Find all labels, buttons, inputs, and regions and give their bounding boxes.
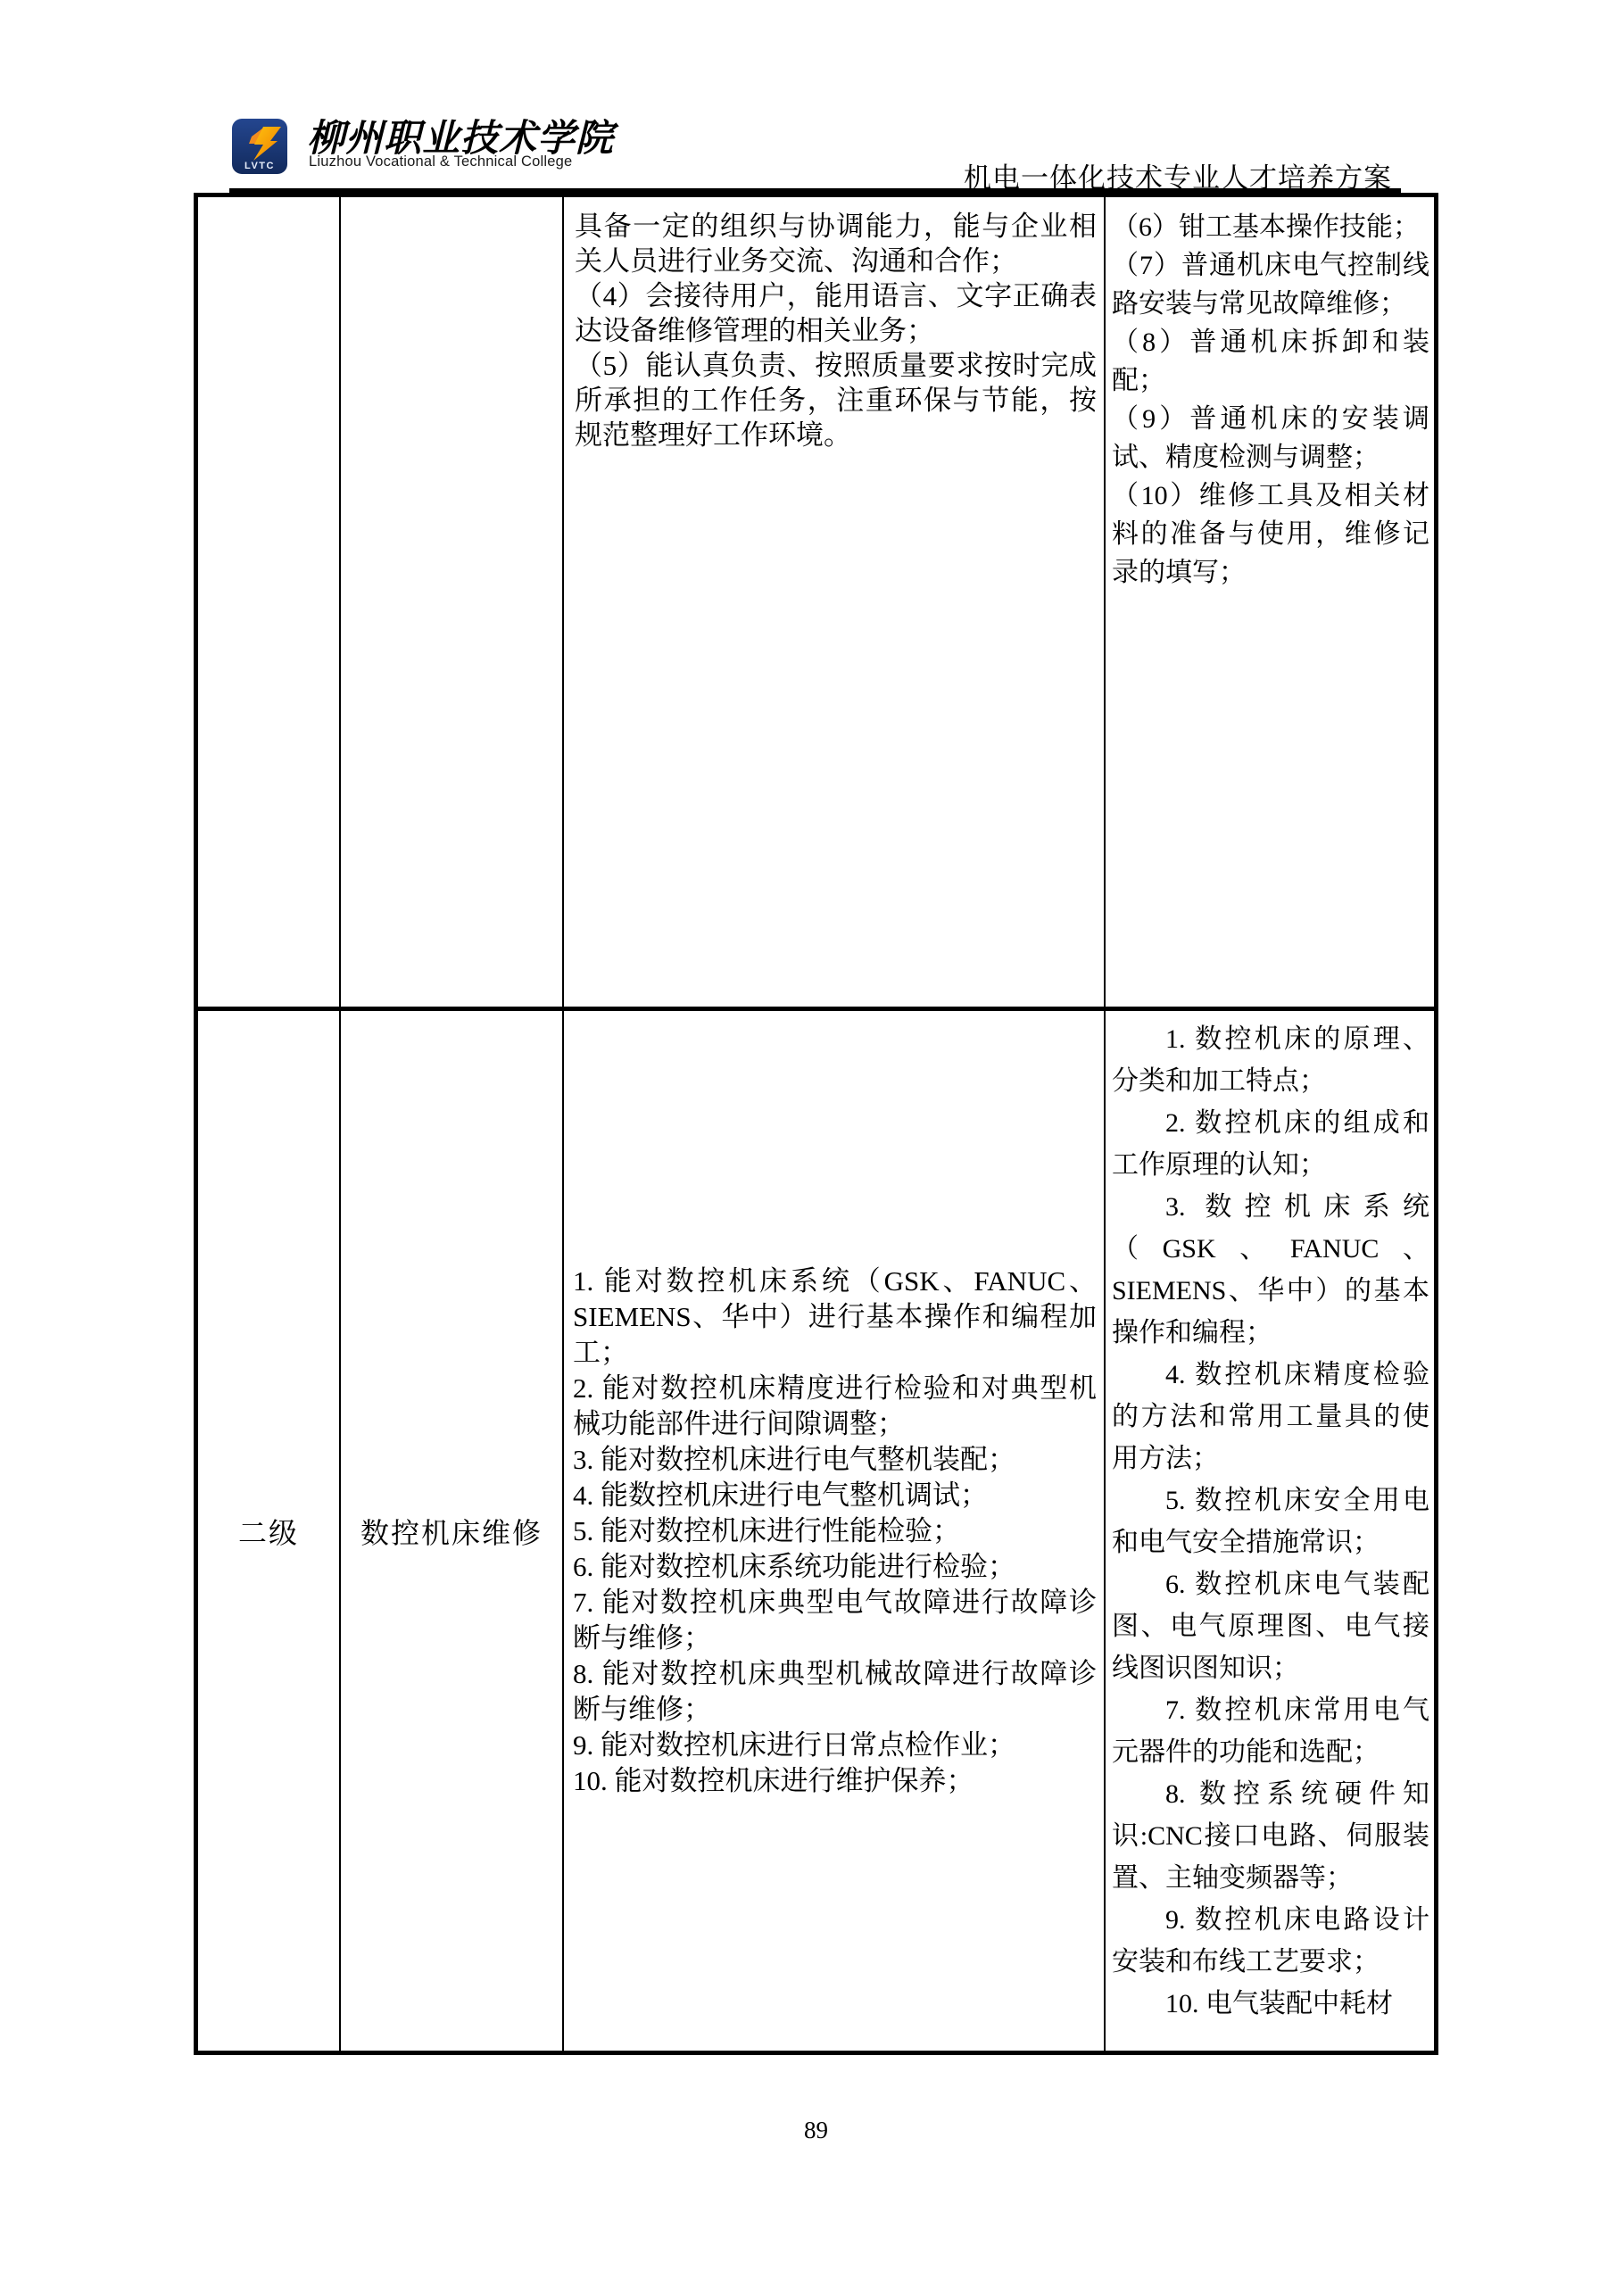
paragraph: 10. 能对数控机床进行维护保养； — [573, 1763, 1097, 1799]
cell-skill: 数控机床维修 — [341, 1011, 562, 2051]
paragraph: 7. 数控机床常用电气元器件的功能和选配； — [1112, 1689, 1429, 1773]
cell-abilities-continuation: 具备一定的组织与协调能力，能与企业相关人员进行业务交流、沟通和合作；（4）会接待… — [564, 197, 1104, 1007]
paragraph: 2. 数控机床的组成和工作原理的认知； — [1112, 1102, 1429, 1186]
paragraph: 6. 能对数控机床系统功能进行检验； — [573, 1549, 1097, 1585]
paragraph: 2. 能对数控机床精度进行检验和对典型机械功能部件进行间隙调整； — [573, 1371, 1097, 1442]
cell-skill-continuation — [341, 197, 562, 1007]
paragraph: （4）会接待用户，能用语言、文字正确表达设备维修管理的相关业务； — [575, 278, 1097, 348]
paragraph: 8. 能对数控机床典型机械故障进行故障诊断与维修； — [573, 1656, 1097, 1728]
qualification-table: 具备一定的组织与协调能力，能与企业相关人员进行业务交流、沟通和合作；（4）会接待… — [194, 193, 1438, 2055]
paragraph: （9）普通机床的安装调试、精度检测与调整； — [1112, 400, 1429, 477]
college-logo: LVTC — [231, 118, 288, 175]
paragraph: 1. 数控机床的原理、分类和加工特点； — [1112, 1018, 1429, 1102]
paragraph: 3. 数控机床系统（GSK、FANUC、SIEMENS、华中）的基本操作和编程； — [1112, 1186, 1429, 1354]
paragraph: 9. 能对数控机床进行日常点检作业； — [573, 1728, 1097, 1763]
paragraph: 4. 数控机床精度检验的方法和常用工量具的使用方法； — [1112, 1354, 1429, 1480]
cell-knowledge: 1. 数控机床的原理、分类和加工特点；2. 数控机床的组成和工作原理的认知；3.… — [1106, 1011, 1434, 2051]
paragraph: （8）普通机床拆卸和装配； — [1112, 323, 1429, 400]
paragraph: （7）普通机床电气控制线路安装与常见故障维修； — [1112, 246, 1429, 323]
document-page: LVTC 柳州职业技术学院 Liuzhou Vocational & Techn… — [0, 0, 1624, 2296]
paragraph: （5）能认真负责、按照质量要求按时完成所承担的工作任务，注重环保与节能，按规范整… — [575, 348, 1097, 452]
paragraph: 7. 能对数控机床典型电气故障进行故障诊断与维修； — [573, 1585, 1097, 1656]
cell-level: 二级 — [198, 1011, 339, 2051]
logo-abbr-text: LVTC — [244, 161, 275, 171]
paragraph: 5. 能对数控机床进行性能检验； — [573, 1513, 1097, 1549]
cell-level-continuation — [198, 197, 339, 1007]
college-name-chinese: 柳州职业技术学院 — [307, 109, 610, 153]
cell-abilities: 1. 能对数控机床系统（GSK、FANUC、SIEMENS、华中）进行基本操作和… — [564, 1011, 1104, 2051]
paragraph: 8. 数控系统硬件知识:CNC接口电路、伺服装置、主轴变频器等； — [1112, 1773, 1429, 1899]
paragraph: 5. 数控机床安全用电和电气安全措施常识； — [1112, 1480, 1429, 1563]
paragraph: 4. 能数控机床进行电气整机调试； — [573, 1478, 1097, 1513]
paragraph: 具备一定的组织与协调能力，能与企业相关人员进行业务交流、沟通和合作； — [575, 209, 1097, 278]
page-number: 89 — [194, 2117, 1438, 2144]
paragraph: 9. 数控机床电路设计安装和布线工艺要求； — [1112, 1899, 1429, 1983]
college-name-english: Liuzhou Vocational & Technical College — [309, 153, 603, 170]
paragraph: 10. 电气装配中耗材 — [1112, 1983, 1429, 2025]
paragraph: 3. 能对数控机床进行电气整机装配； — [573, 1442, 1097, 1478]
paragraph: 1. 能对数控机床系统（GSK、FANUC、SIEMENS、华中）进行基本操作和… — [573, 1264, 1097, 1371]
paragraph: 6. 数控机床电气装配图、电气原理图、电气接线图识图知识； — [1112, 1563, 1429, 1689]
cell-knowledge-continuation: （6）钳工基本操作技能；（7）普通机床电气控制线路安装与常见故障维修；（8）普通… — [1106, 197, 1434, 1007]
paragraph: （10）维修工具及相关材料的准备与使用，维修记录的填写； — [1112, 477, 1429, 592]
paragraph: （6）钳工基本操作技能； — [1112, 208, 1429, 246]
lvtc-logo-icon: LVTC — [231, 118, 288, 175]
